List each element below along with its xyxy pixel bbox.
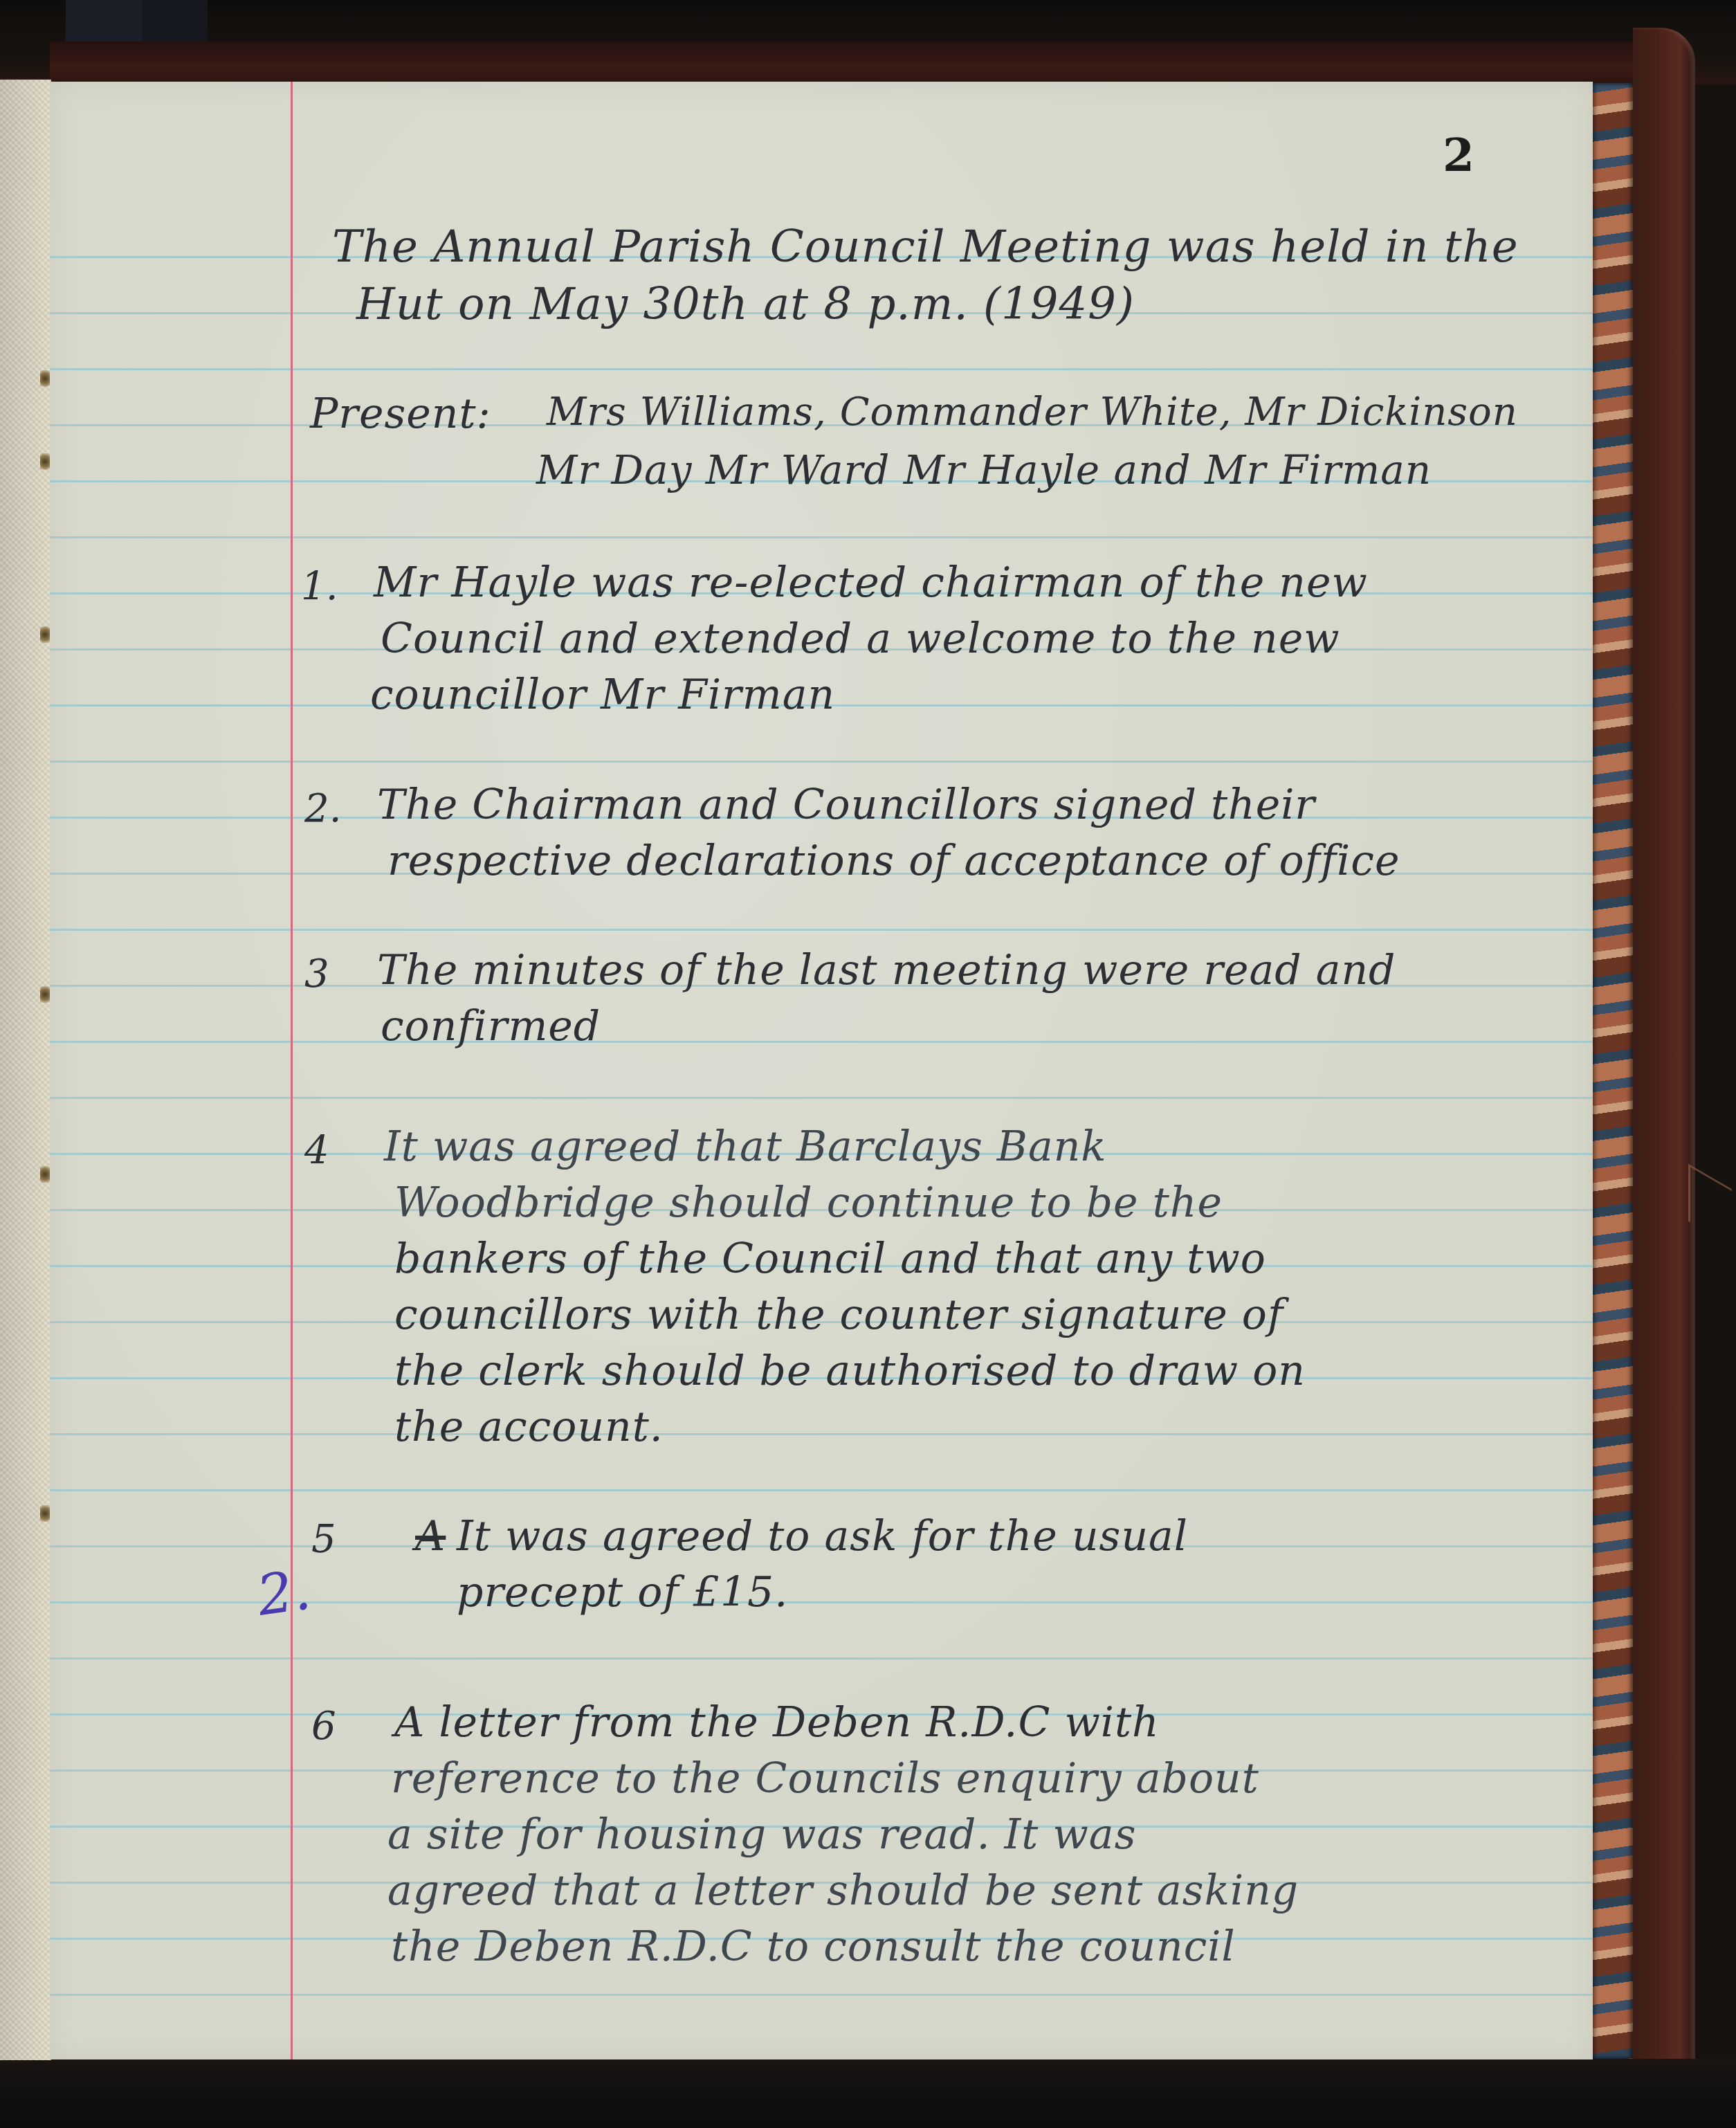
- item-line: the account.: [394, 1406, 664, 1448]
- item-line: reference to the Councils enquiry about: [391, 1758, 1259, 1799]
- item-line: precept of £15.: [457, 1572, 788, 1613]
- struck-character: A: [415, 1516, 446, 1557]
- binding-stitch: [40, 626, 50, 643]
- item-number: 3: [304, 952, 329, 997]
- item-line: the Deben R.D.C to consult the council: [391, 1926, 1236, 1967]
- item-line: the clerk should be authorised to draw o…: [394, 1350, 1306, 1392]
- present-line-1: Mrs Williams, Commander White, Mr Dickin…: [547, 393, 1518, 432]
- item-line: agreed that a letter should be sent aski…: [387, 1870, 1299, 1911]
- item-number: 4: [304, 1128, 329, 1173]
- item-line: bankers of the Council and that any two: [394, 1238, 1266, 1280]
- binding-gutter: [0, 80, 51, 2060]
- binding-stitch: [40, 1505, 50, 1522]
- binding-stitch: [40, 986, 50, 1003]
- item-number: 2.: [304, 786, 341, 831]
- item-line: confirmed: [381, 1006, 601, 1047]
- item-line: It was agreed that Barclays Bank: [384, 1126, 1107, 1167]
- present-label: Present:: [310, 393, 491, 435]
- item-line: councillor Mr Firman: [370, 674, 835, 716]
- binding-stitch: [40, 453, 50, 470]
- margin-annotation: 2.: [253, 1557, 315, 1628]
- item-number: 1.: [301, 564, 338, 609]
- present-line-2: Mr Day Mr Ward Mr Hayle and Mr Firman: [536, 450, 1432, 490]
- item-line: Council and extended a welcome to the ne…: [381, 618, 1340, 660]
- item-line: The Chairman and Councillors signed thei…: [377, 784, 1315, 826]
- item-line: Mr Hayle was re-elected chairman of the …: [374, 562, 1368, 603]
- item-line: It was agreed to ask for the usual: [457, 1516, 1188, 1557]
- item-number: 5: [311, 1517, 336, 1562]
- heading-line-2: Hut on May 30th at 8 p.m. (1949): [356, 282, 1135, 327]
- item-line: A letter from the Deben R.D.C with: [394, 1702, 1160, 1743]
- margin-rule: [291, 82, 293, 2059]
- item-number: 6: [311, 1704, 336, 1749]
- item-line: a site for housing was read. It was: [387, 1814, 1136, 1855]
- item-line: respective declarations of acceptance of…: [387, 840, 1400, 882]
- item-line: councillors with the counter signature o…: [394, 1294, 1283, 1336]
- binding-stitch: [40, 1166, 50, 1183]
- leather-binding-edge: [1633, 28, 1695, 2076]
- binding-stitch: [40, 370, 50, 387]
- marbled-fore-edge: [1593, 83, 1633, 2059]
- leather-binding-top: [50, 42, 1669, 84]
- item-line: Woodbridge should continue to be the: [394, 1182, 1223, 1224]
- item-line: The minutes of the last meeting were rea…: [377, 949, 1396, 991]
- heading-line-1: The Annual Parish Council Meeting was he…: [332, 225, 1519, 269]
- book-cover-bottom: [0, 2059, 1736, 2128]
- page-number: 2: [1443, 128, 1474, 182]
